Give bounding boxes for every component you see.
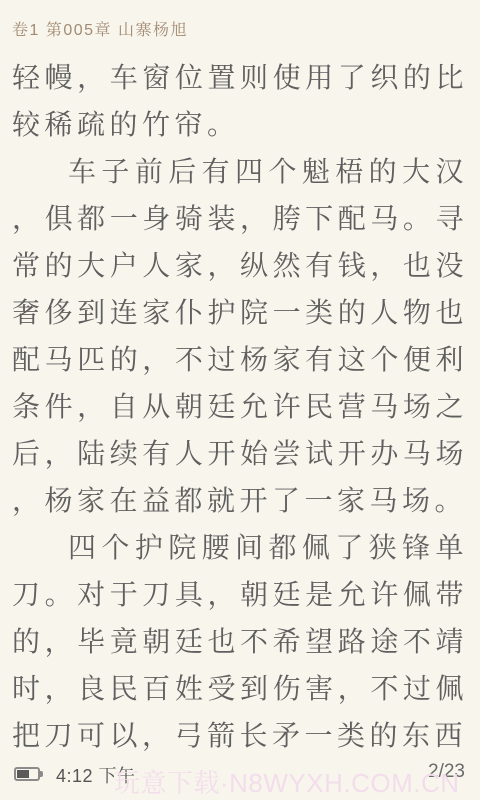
battery-fill [17,770,29,778]
paragraph: 四个护院腰间都佩了狭锋单刀。对于刀具，朝廷是允许佩带的，毕竟朝廷也不希望路途不靖… [12,524,468,759]
reader-page[interactable]: 卷1 第005章 山寨杨旭 轻幔，车窗位置则使用了织的比较稀疏的竹帘。 车子前后… [0,0,480,800]
battery-icon [14,767,40,781]
paragraph: 轻幔，车窗位置则使用了织的比较稀疏的竹帘。 [12,54,468,148]
reading-area[interactable]: 轻幔，车窗位置则使用了织的比较稀疏的竹帘。 车子前后有四个魁梧的大汉，俱都一身骑… [12,54,468,759]
page-indicator: 2/23 [428,761,465,783]
battery-nub [40,771,43,777]
clock-time: 4:12 下午 [56,762,136,788]
status-bar: 4:12 下午 2/23 [0,752,480,800]
paragraph: 车子前后有四个魁梧的大汉，俱都一身骑装，胯下配马。寻常的大户人家，纵然有钱，也没… [12,148,468,524]
chapter-title: 卷1 第005章 山寨杨旭 [12,17,468,40]
